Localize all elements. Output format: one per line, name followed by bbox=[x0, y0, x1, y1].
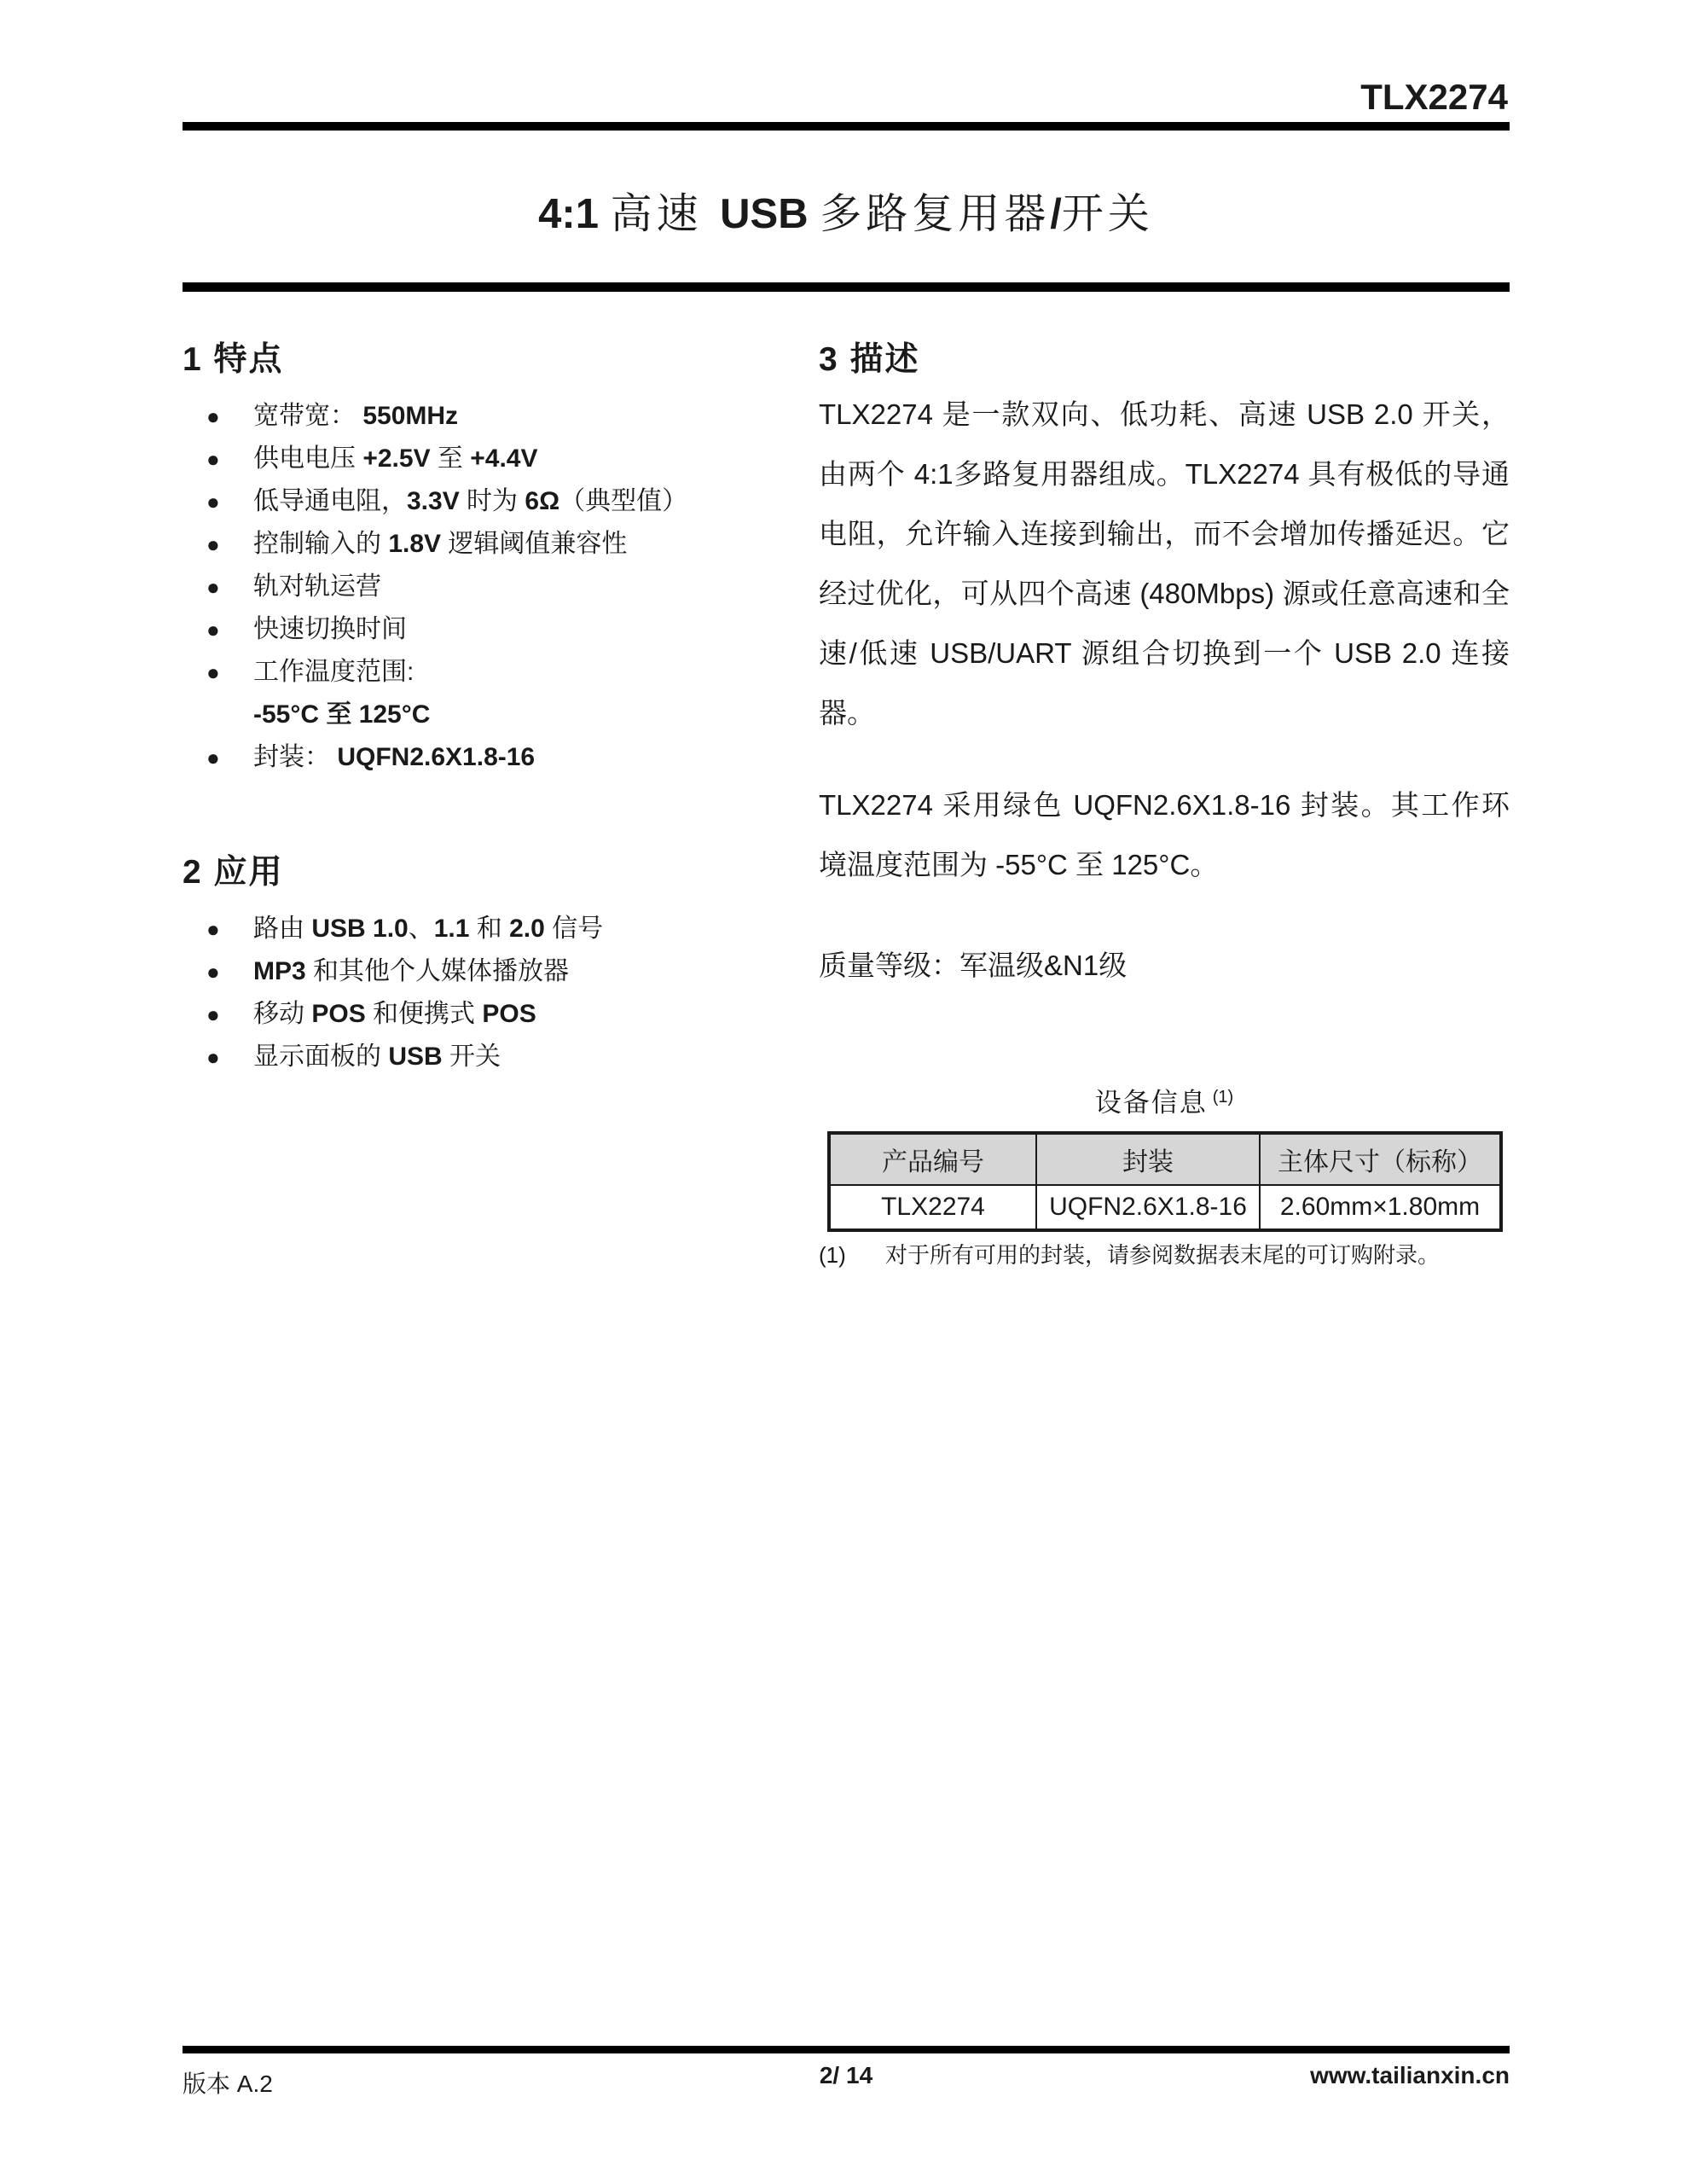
text-segment: POS bbox=[482, 1000, 536, 1028]
list-item-line: ●控制输入的 1.8V 逻辑阈值兼容性 bbox=[183, 523, 730, 566]
features-list: ●宽带宽： 550MHz●供电电压 +2.5V 至 +4.4V●低导通电阻，3.… bbox=[183, 395, 730, 779]
list-item: ●宽带宽： 550MHz bbox=[183, 395, 730, 438]
device-info-footnote: (1) 对于所有可用的封装，请参阅数据表末尾的可订购附录。 bbox=[819, 1240, 1510, 1269]
text-segment: +4.4V bbox=[470, 444, 537, 473]
text-segment: 4:1 bbox=[538, 191, 610, 237]
text-segment: 路由 bbox=[253, 915, 311, 943]
text-segment: 低导通电阻， bbox=[253, 487, 407, 515]
list-item-text: 显示面板的 USB 开关 bbox=[253, 1036, 730, 1078]
list-item-line: ●快速切换时间 bbox=[183, 608, 730, 651]
footer: 版本 A.2 2/ 14 www.tailianxin.cn bbox=[183, 2046, 1510, 2100]
list-item-line: ●供电电压 +2.5V 至 +4.4V bbox=[183, 438, 730, 480]
bullet-icon: ● bbox=[206, 908, 253, 950]
table-row: TLX2274UQFN2.6X1.8-162.60mm×1.80mm bbox=[829, 1185, 1501, 1230]
list-item-text: 移动 POS 和便携式 POS bbox=[253, 993, 730, 1036]
text-segment: （典型值） bbox=[559, 487, 687, 515]
product-title: TLX2274 bbox=[1360, 77, 1508, 118]
list-item-line: ●封装： UQFN2.6X1.8-16 bbox=[183, 736, 730, 779]
bullet-icon: ● bbox=[206, 608, 253, 651]
text-segment: 1.8V bbox=[388, 530, 441, 558]
text-segment: USB bbox=[388, 1043, 442, 1071]
list-item-line: -55°C 至 125°C bbox=[183, 694, 730, 736]
text-segment: 显示面板的 bbox=[253, 1043, 388, 1071]
text-segment: 6Ω bbox=[525, 487, 559, 515]
footer-rule bbox=[183, 2046, 1510, 2053]
text-segment: 宽带宽： bbox=[253, 402, 362, 430]
bullet-icon: ● bbox=[206, 523, 253, 566]
list-item: ●显示面板的 USB 开关 bbox=[183, 1036, 730, 1078]
table-header-cell: 封装 bbox=[1036, 1133, 1260, 1185]
list-item-text: 低导通电阻，3.3V 时为 6Ω（典型值） bbox=[253, 480, 730, 523]
list-item-text: 路由 USB 1.0、1.1 和 2.0 信号 bbox=[253, 908, 730, 950]
text-segment: 1.1 bbox=[434, 915, 470, 943]
bullet-icon: ● bbox=[206, 651, 253, 694]
device-info-section: 设备信息(1) 产品编号封装主体尺寸（标称） TLX2274UQFN2.6X1.… bbox=[819, 1081, 1510, 1269]
bullet-spacer bbox=[206, 694, 253, 736]
description-paragraph: TLX2274 是一款双向、低功耗、高速 USB 2.0 开关，由两个 4:1多… bbox=[819, 385, 1510, 743]
text-segment: 开关 bbox=[1062, 189, 1154, 238]
description-heading: 3 描述 bbox=[819, 341, 1510, 380]
text-segment: 550MHz bbox=[362, 402, 458, 430]
table-header-row: 产品编号封装主体尺寸（标称） bbox=[829, 1133, 1501, 1185]
text-segment: 封装： bbox=[253, 743, 337, 771]
text-segment: 时为 bbox=[460, 487, 525, 515]
bullet-icon: ● bbox=[206, 736, 253, 779]
footer-row: 版本 A.2 2/ 14 www.tailianxin.cn bbox=[183, 2065, 1510, 2100]
list-item-text: 宽带宽： 550MHz bbox=[253, 395, 730, 438]
footnote-text: 对于所有可用的封装，请参阅数据表末尾的可订购附录。 bbox=[885, 1240, 1440, 1269]
list-item: ●低导通电阻，3.3V 时为 6Ω（典型值） bbox=[183, 480, 730, 523]
list-item: ●轨对轨运营 bbox=[183, 566, 730, 608]
bullet-icon: ● bbox=[206, 438, 253, 480]
text-segment: UQFN2.6X1.8-16 bbox=[337, 743, 535, 771]
list-item-line: ●轨对轨运营 bbox=[183, 566, 730, 608]
list-item-text: MP3 和其他个人媒体播放器 bbox=[253, 950, 730, 993]
text-segment: 3.3V bbox=[407, 487, 460, 515]
list-item-line: ●宽带宽： 550MHz bbox=[183, 395, 730, 438]
list-item: ●控制输入的 1.8V 逻辑阈值兼容性 bbox=[183, 523, 730, 566]
list-item-line: ●路由 USB 1.0、1.1 和 2.0 信号 bbox=[183, 908, 730, 950]
list-item: ●路由 USB 1.0、1.1 和 2.0 信号 bbox=[183, 908, 730, 950]
applications-list: ●路由 USB 1.0、1.1 和 2.0 信号●MP3 和其他个人媒体播放器●… bbox=[183, 908, 730, 1078]
bullet-icon: ● bbox=[206, 480, 253, 523]
page-number: 2/ 14 bbox=[820, 2062, 872, 2089]
text-segment: 移动 bbox=[253, 1000, 311, 1028]
applications-heading: 2 应用 bbox=[183, 854, 730, 892]
list-item-text: 供电电压 +2.5V 至 +4.4V bbox=[253, 438, 730, 480]
list-item-text: 轨对轨运营 bbox=[253, 566, 730, 608]
version-label: 版本 A.2 bbox=[183, 2065, 273, 2100]
device-info-title-footnote-ref: (1) bbox=[1213, 1088, 1233, 1107]
text-segment: 和其他个人媒体播放器 bbox=[306, 957, 569, 985]
datasheet-page: TLX2274 4:1 高速 USB 多路复用器/开关 1 特点 ●宽带宽： 5… bbox=[0, 0, 1687, 2184]
list-item-line: ●工作温度范围: bbox=[183, 651, 730, 694]
text-segment: 和便携式 bbox=[366, 1000, 483, 1028]
list-item: ●供电电压 +2.5V 至 +4.4V bbox=[183, 438, 730, 480]
list-item: ●MP3 和其他个人媒体播放器 bbox=[183, 950, 730, 993]
website-link: www.tailianxin.cn bbox=[1310, 2062, 1510, 2089]
text-segment: 工作温度范围: bbox=[253, 658, 414, 686]
text-segment: -55°C 至 125°C bbox=[253, 700, 430, 729]
list-item: ●封装： UQFN2.6X1.8-16 bbox=[183, 736, 730, 779]
list-item-line: ●显示面板的 USB 开关 bbox=[183, 1036, 730, 1078]
text-segment: / bbox=[1050, 191, 1062, 237]
table-cell: 2.60mm×1.80mm bbox=[1260, 1185, 1501, 1230]
text-segment: 高速 bbox=[611, 189, 721, 238]
list-item-line: ●移动 POS 和便携式 POS bbox=[183, 993, 730, 1036]
list-item-line: ●MP3 和其他个人媒体播放器 bbox=[183, 950, 730, 993]
text-segment: 信号 bbox=[545, 915, 603, 943]
list-item-text: 快速切换时间 bbox=[253, 608, 730, 651]
list-item-line: ●低导通电阻，3.3V 时为 6Ω（典型值） bbox=[183, 480, 730, 523]
device-info-table: 产品编号封装主体尺寸（标称） TLX2274UQFN2.6X1.8-162.60… bbox=[827, 1131, 1503, 1232]
description-paragraphs: TLX2274 是一款双向、低功耗、高速 USB 2.0 开关，由两个 4:1多… bbox=[819, 385, 1510, 895]
device-info-title-text: 设备信息 bbox=[1095, 1088, 1208, 1118]
title-rule bbox=[183, 282, 1510, 292]
list-item: ●工作温度范围:-55°C 至 125°C bbox=[183, 651, 730, 736]
text-segment: 开关 bbox=[443, 1043, 501, 1071]
list-item-text: 控制输入的 1.8V 逻辑阈值兼容性 bbox=[253, 523, 730, 566]
applications-section: 2 应用 ●路由 USB 1.0、1.1 和 2.0 信号●MP3 和其他个人媒… bbox=[183, 854, 730, 1078]
quality-grade-line: 质量等级：军温级&N1级 bbox=[819, 936, 1510, 996]
text-segment: USB 1.0 bbox=[311, 915, 408, 943]
table-header-cell: 产品编号 bbox=[829, 1133, 1036, 1185]
list-item-text: -55°C 至 125°C bbox=[253, 694, 730, 736]
text-segment: 逻辑阈值兼容性 bbox=[441, 530, 627, 558]
text-segment: 控制输入的 bbox=[253, 530, 388, 558]
text-segment: 、 bbox=[409, 915, 434, 943]
list-item-text: 封装： UQFN2.6X1.8-16 bbox=[253, 736, 730, 779]
description-paragraph: TLX2274 采用绿色 UQFN2.6X1.8-16 封装。其工作环境温度范围… bbox=[819, 775, 1510, 895]
bullet-icon: ● bbox=[206, 566, 253, 608]
text-segment: +2.5V bbox=[362, 444, 430, 473]
bullet-icon: ● bbox=[206, 950, 253, 993]
text-segment: MP3 bbox=[253, 957, 306, 985]
table-header-cell: 主体尺寸（标称） bbox=[1260, 1133, 1501, 1185]
footnote-marker: (1) bbox=[819, 1240, 885, 1269]
bullet-icon: ● bbox=[206, 993, 253, 1036]
text-segment: 2.0 bbox=[509, 915, 545, 943]
bullet-icon: ● bbox=[206, 1036, 253, 1078]
header-rule bbox=[183, 122, 1510, 131]
text-segment: 至 bbox=[431, 444, 471, 473]
list-item: ●移动 POS 和便携式 POS bbox=[183, 993, 730, 1036]
content-columns: 1 特点 ●宽带宽： 550MHz●供电电压 +2.5V 至 +4.4V●低导通… bbox=[183, 341, 1510, 1269]
text-segment: POS bbox=[311, 1000, 365, 1028]
features-heading: 1 特点 bbox=[183, 341, 730, 380]
table-cell: TLX2274 bbox=[829, 1185, 1036, 1230]
document-title: 4:1 高速 USB 多路复用器/开关 bbox=[183, 181, 1510, 241]
bullet-icon: ● bbox=[206, 395, 253, 438]
text-segment: 多路复用器 bbox=[820, 189, 1050, 238]
text-segment: 快速切换时间 bbox=[253, 615, 407, 643]
left-column: 1 特点 ●宽带宽： 550MHz●供电电压 +2.5V 至 +4.4V●低导通… bbox=[183, 341, 730, 1078]
table-cell: UQFN2.6X1.8-16 bbox=[1036, 1185, 1260, 1230]
device-info-title: 设备信息(1) bbox=[819, 1081, 1510, 1119]
list-item-text: 工作温度范围: bbox=[253, 651, 730, 694]
text-segment: USB bbox=[720, 191, 820, 237]
text-segment: 和 bbox=[469, 915, 509, 943]
list-item: ●快速切换时间 bbox=[183, 608, 730, 651]
text-segment: 轨对轨运营 bbox=[253, 572, 381, 601]
right-column: 3 描述 TLX2274 是一款双向、低功耗、高速 USB 2.0 开关，由两个… bbox=[819, 341, 1510, 1269]
text-segment: 供电电压 bbox=[253, 444, 362, 473]
